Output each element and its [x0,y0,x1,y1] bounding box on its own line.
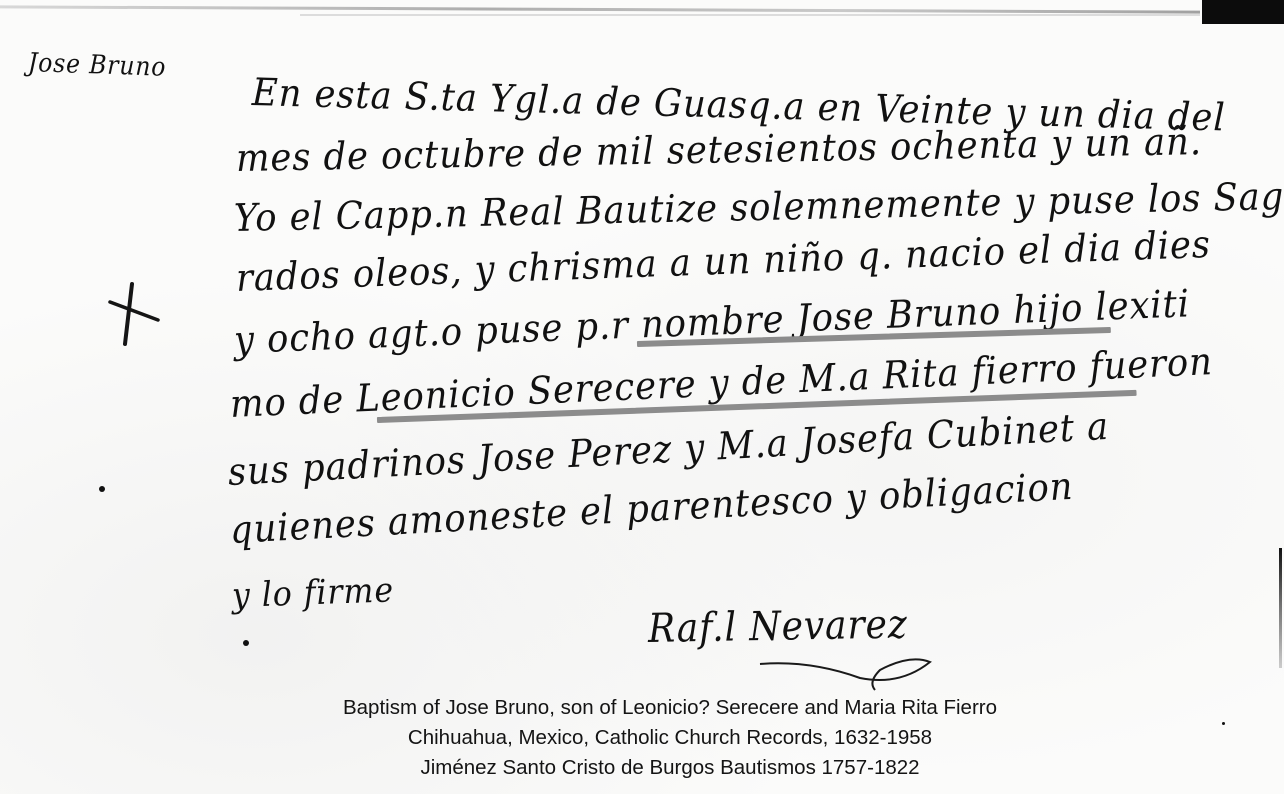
page-top-edge [0,5,1200,13]
document-page: Jose Bruno En esta S.ta Ygl.a de Guasq.a… [0,0,1284,794]
handwritten-line-9: y lo firme [231,570,394,616]
caption-title: Baptism of Jose Bruno, son of Leonicio? … [200,693,1140,723]
handwritten-line-2: mes de octubre de mil setesientos ochent… [236,119,1203,180]
margin-name: Jose Bruno [27,48,166,83]
cross-mark-icon [106,280,166,350]
ink-dot [1222,722,1225,725]
caption-volume: Jiménez Santo Cristo de Burgos Bautismos… [200,753,1140,783]
image-caption: Baptism of Jose Bruno, son of Leonicio? … [200,693,1140,783]
priest-signature: Raf.l Nevarez [648,601,908,652]
ink-dot [99,486,105,492]
signature-flourish-icon [750,652,940,692]
scan-dark-corner [1202,0,1284,24]
page-right-edge [1279,548,1282,668]
page-top-edge-shadow [300,14,1200,16]
ink-dot [243,640,249,646]
caption-collection: Chihuahua, Mexico, Catholic Church Recor… [200,723,1140,753]
